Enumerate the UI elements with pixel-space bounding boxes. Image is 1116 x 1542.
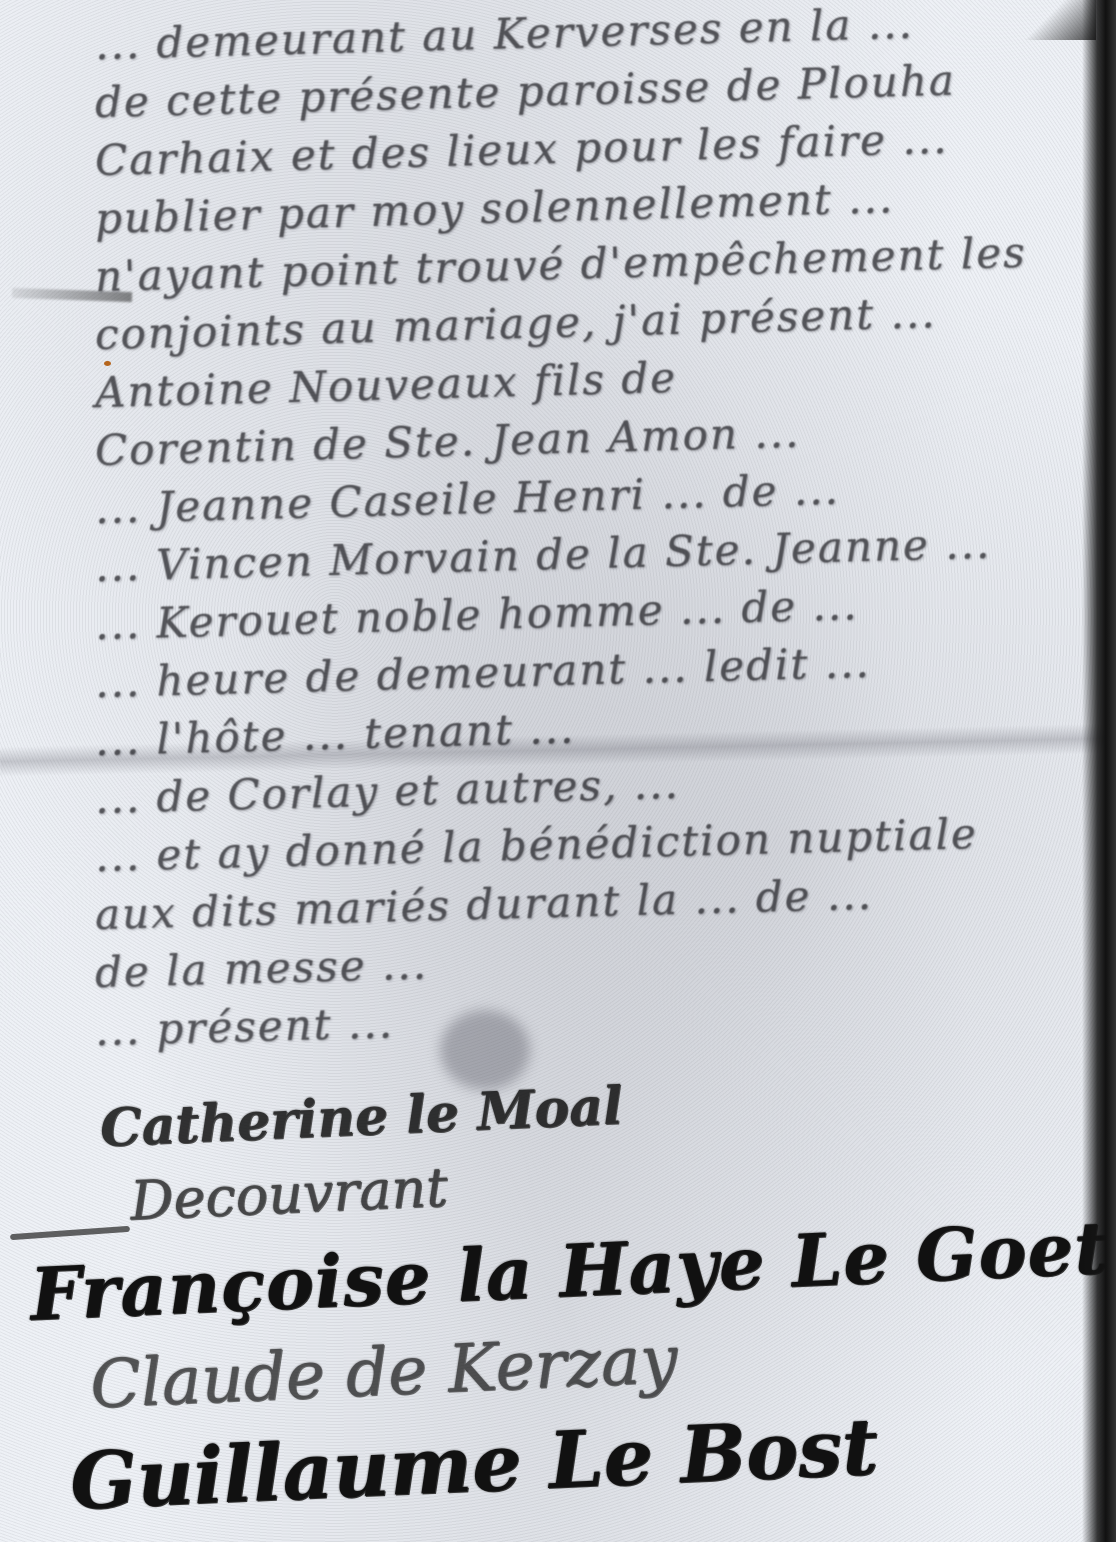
book-binding-shadow <box>1082 0 1116 1542</box>
register-entry-body: ... demeurant au Kerverses en la ... de … <box>95 8 1025 1052</box>
manuscript-page: ... demeurant au Kerverses en la ... de … <box>0 0 1116 1542</box>
signature-block: Catherine le Moal Decouvrant Françoise l… <box>30 1080 930 1518</box>
